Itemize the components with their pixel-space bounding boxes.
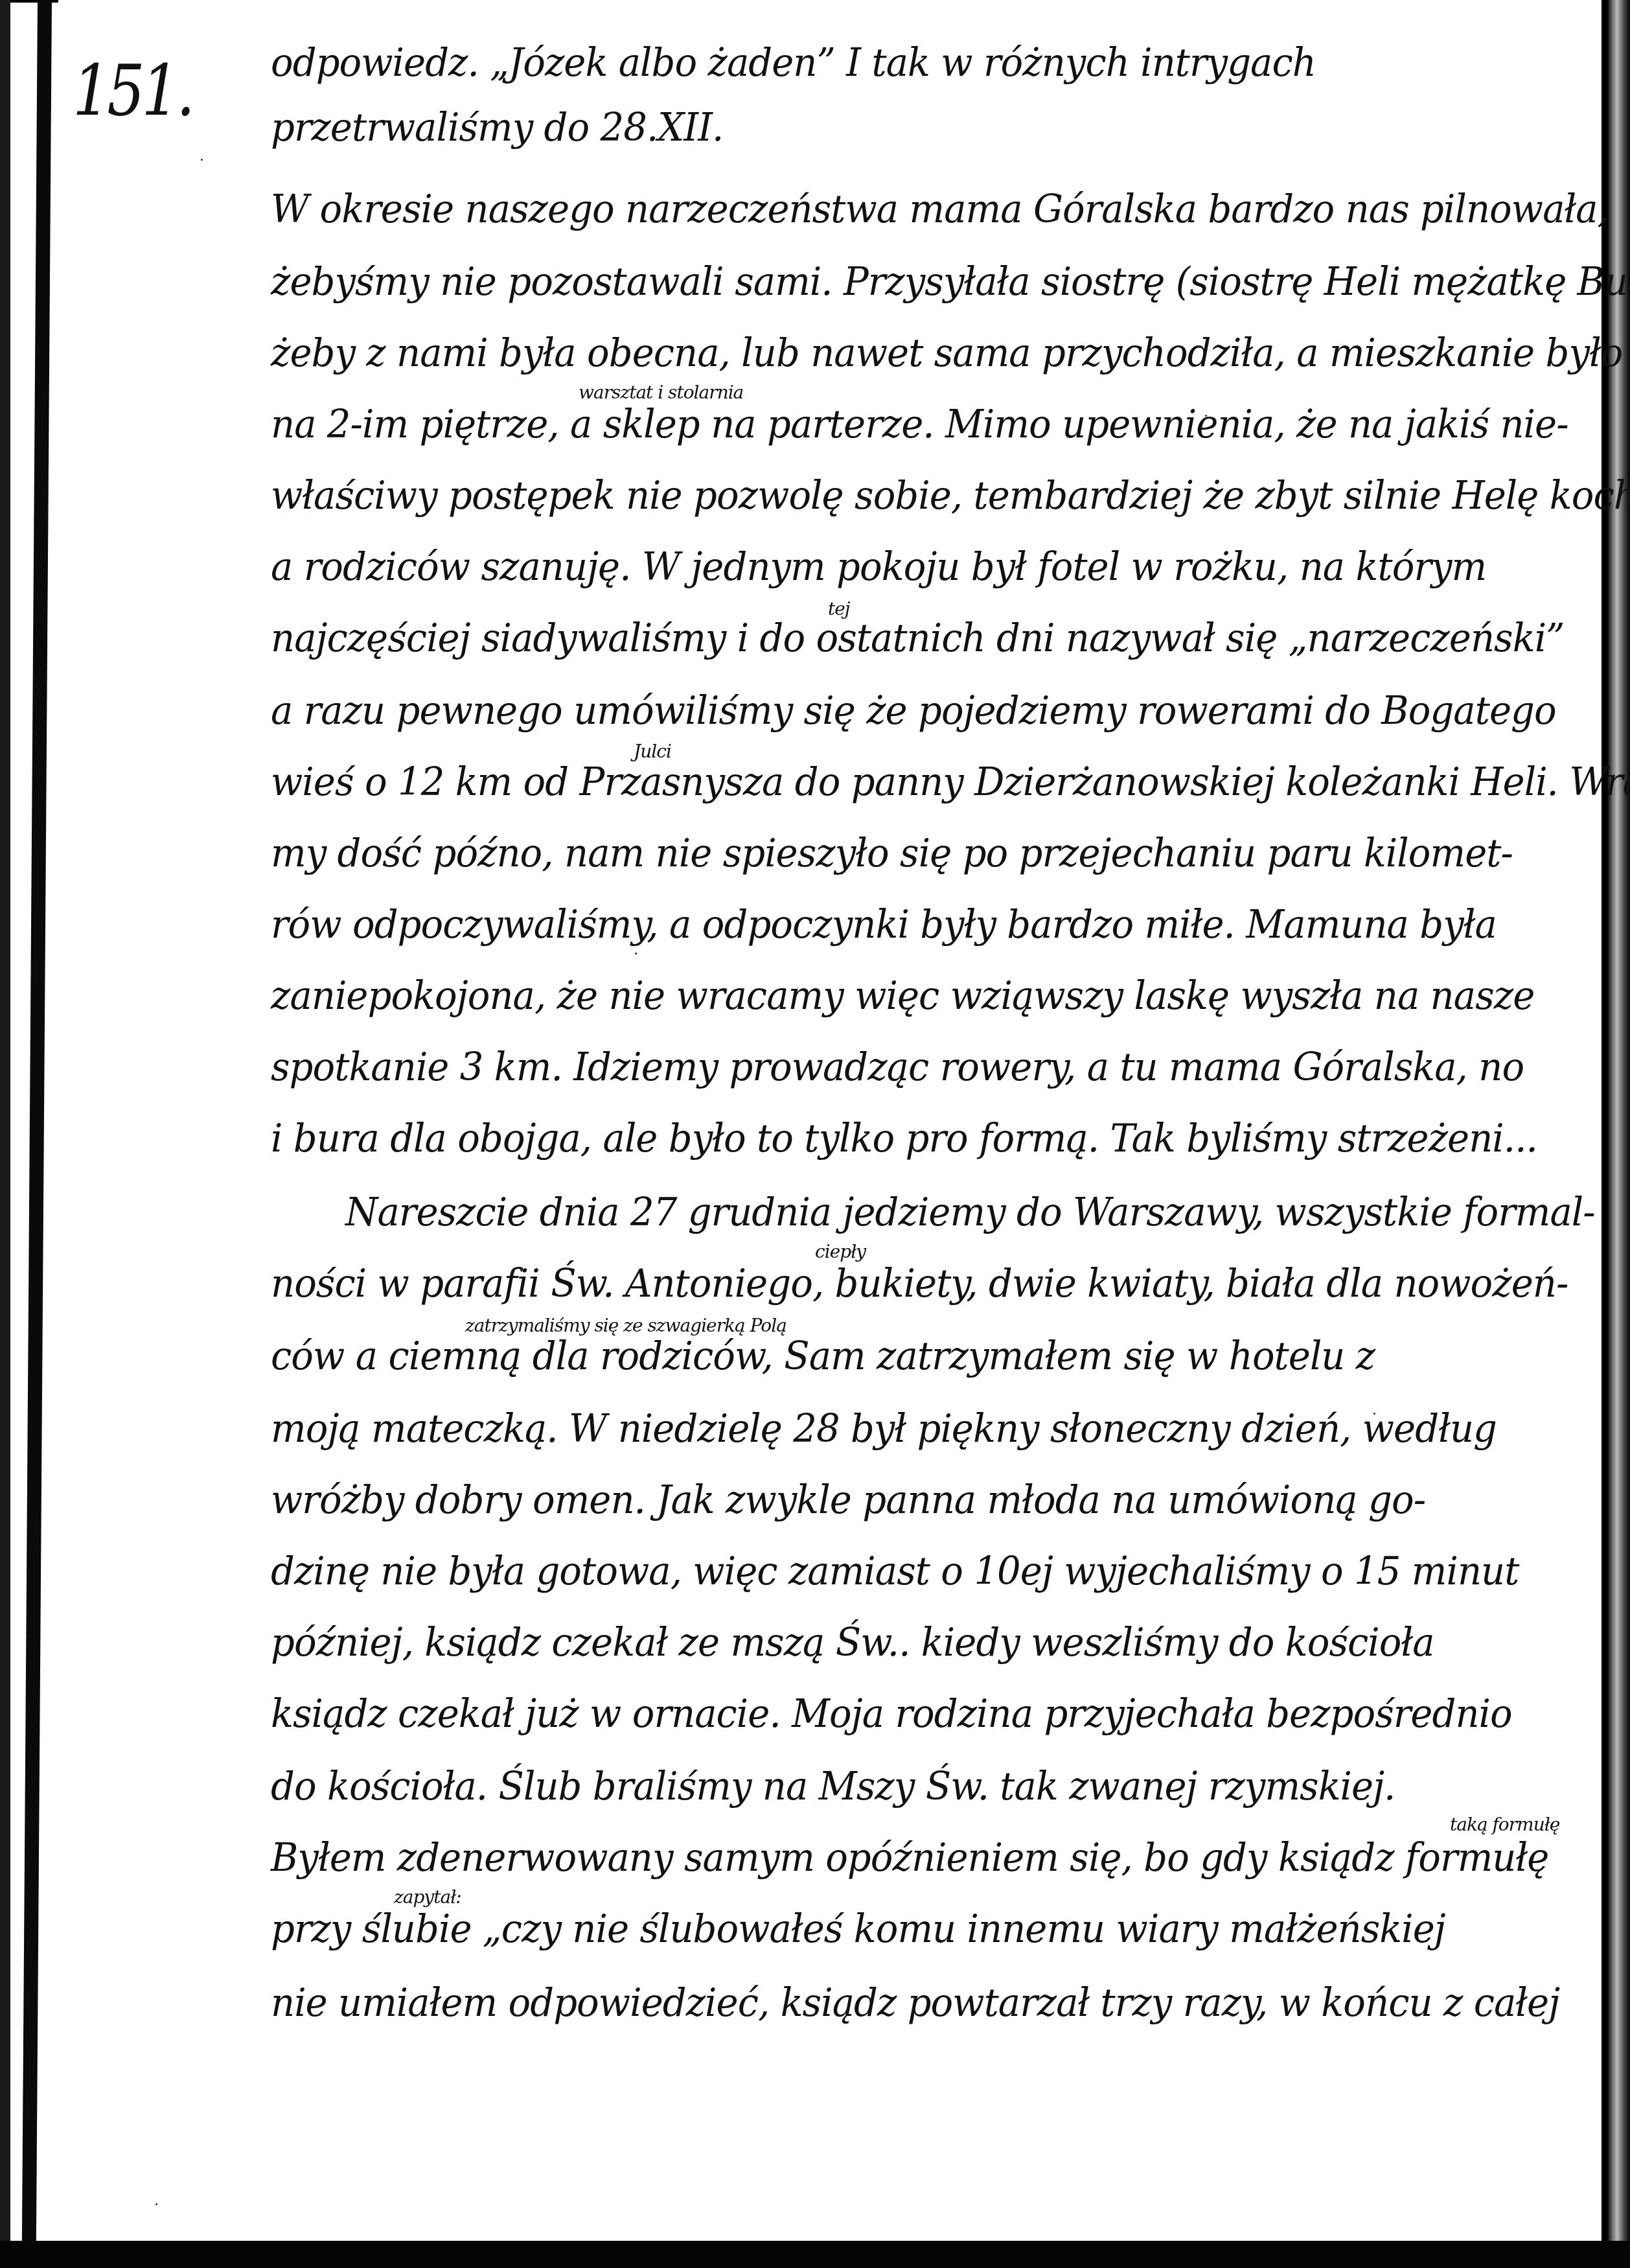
text-line: my dość późno, nam nie spieszyło się po …	[271, 818, 1567, 889]
text-line: przetrwaliśmy do 28.XII.	[271, 92, 1567, 163]
scan-speck	[155, 2203, 157, 2205]
text-line: zaniepokojona, że nie wracamy więc wziąw…	[271, 960, 1567, 1032]
text-line: dzinę nie była gotowa, więc zamiast o 10…	[271, 1536, 1567, 1607]
text-line: rów odpoczywaliśmy, a odpoczynki były ba…	[271, 889, 1567, 960]
text-line: odpowiedz. „Józek albo żaden” I tak w ró…	[271, 27, 1567, 98]
scan-speck	[1205, 415, 1207, 417]
text-line: Julci wieś o 12 km od Przasnysza do pann…	[271, 746, 1567, 818]
text-line: ciepły ności w parafii Św. Antoniego, bu…	[271, 1248, 1567, 1319]
text-line: tej najczęściej siadywaliśmy i do ostatn…	[271, 603, 1567, 674]
page-number: 151.	[73, 51, 192, 132]
text-line: taką formułę Byłem zdenerwowany samym op…	[271, 1822, 1567, 1893]
notebook-binding-left	[22, 0, 52, 2268]
scan-edge-bottom	[0, 2241, 1630, 2268]
text-line: żebyśmy nie pozostawali sami. Przysyłała…	[271, 246, 1567, 318]
manuscript-text: odpowiedz. „Józek albo żaden” I tak w ró…	[271, 26, 1567, 2022]
text-line: moją mateczką. W niedzielę 28 był piękny…	[271, 1393, 1567, 1464]
text-line: a razu pewnego umówiliśmy się że pojedzi…	[271, 675, 1567, 746]
scan-edge-left	[0, 0, 10, 2268]
text-line: zapytał: przy ślubie „czy nie ślubowałeś…	[271, 1893, 1567, 1965]
text-line: spotkanie 3 km. Idziemy prowadząc rowery…	[271, 1032, 1567, 1103]
text-line: zatrzymaliśmy się ze szwagierką Polą ców…	[271, 1321, 1567, 1392]
text-line: nie umiałem odpowiedzieć, ksiądz powtarz…	[271, 1967, 1567, 2039]
text-line: później, ksiądz czekał ze mszą Św.. kied…	[271, 1607, 1567, 1678]
scan-speck	[201, 159, 203, 161]
text-line: właściwy postępek nie pozwolę sobie, tem…	[271, 460, 1567, 531]
scan-speck	[1373, 1413, 1375, 1415]
text-line: a rodziców szanuję. W jednym pokoju był …	[271, 531, 1567, 603]
text-line: W okresie naszego narzeczeństwa mama Gór…	[271, 174, 1567, 245]
text-line-paragraph-start: Nareszcie dnia 27 grudnia jedziemy do Wa…	[271, 1177, 1567, 1248]
text-line: i bura dla obojga, ale było to tylko pro…	[271, 1103, 1567, 1174]
text-line: żeby z nami była obecna, lub nawet sama …	[271, 318, 1567, 389]
text-line: do kościoła. Ślub braliśmy na Mszy Św. t…	[271, 1751, 1567, 1822]
text-line: warsztat i stolarnia na 2-im piętrze, a …	[271, 389, 1567, 460]
text-line: ksiądz czekał już w ornacie. Moja rodzin…	[271, 1678, 1567, 1750]
scan-speck	[635, 953, 637, 955]
text-line: wróżby dobry omen. Jak zwykle panna młod…	[271, 1464, 1567, 1536]
